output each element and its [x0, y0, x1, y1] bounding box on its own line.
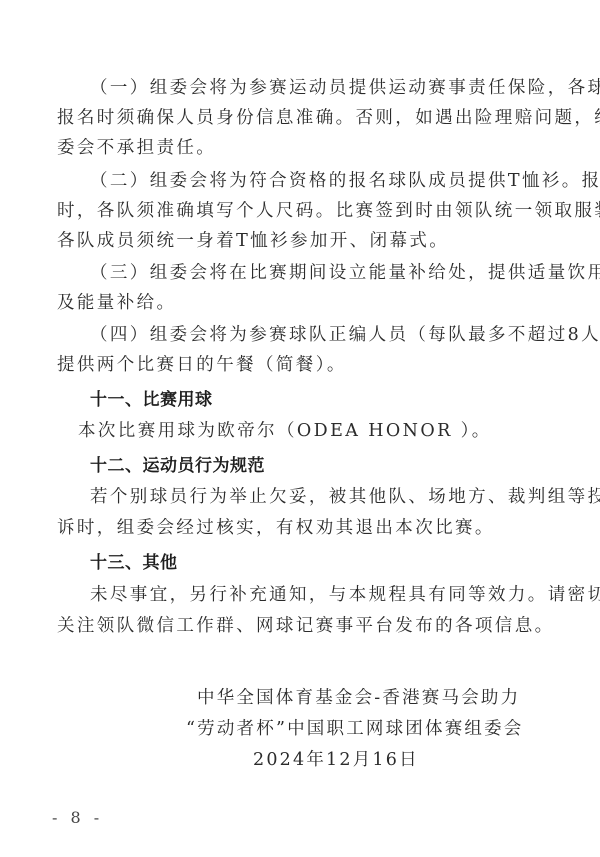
section-heading: 十三、其他	[90, 552, 178, 574]
paragraph-line: 各队成员须统一身着T恤衫参加开、闭幕式。	[57, 230, 533, 252]
signature-org-line-1: 中华全国体育基金会-香港赛马会助力	[197, 687, 520, 709]
section-text: 若个别球员行为举止欠妥，被其他队、场地方、裁判组等投	[90, 486, 533, 508]
paragraph-line: 及能量补给。	[57, 292, 533, 314]
document-page: （一）组委会将为参赛运动员提供运动赛事责任保险，各球队 报名时须确保人员身份信息…	[0, 0, 600, 857]
paragraph-line: （三）组委会将在比赛期间设立能量补给处，提供适量饮用水	[90, 262, 533, 284]
section-text: 关注领队微信工作群、网球记赛事平台发布的各项信息。	[57, 615, 533, 637]
signature-org-line-2: “劳动者杯”中国职工网球团体赛组委会	[186, 718, 524, 740]
section-heading: 十二、运动员行为规范	[90, 455, 265, 477]
section-text: 未尽事宜，另行补充通知，与本规程具有同等效力。请密切	[90, 584, 533, 606]
page-number: - 8 -	[52, 808, 103, 827]
section-heading: 十一、比赛用球	[90, 389, 213, 411]
paragraph-line: （一）组委会将为参赛运动员提供运动赛事责任保险，各球队	[90, 77, 533, 99]
section-text: 诉时，组委会经过核实，有权劝其退出本次比赛。	[57, 517, 533, 539]
paragraph-line: 报名时须确保人员身份信息准确。否则，如遇出险理赔问题，组	[57, 107, 533, 129]
paragraph-line: 委会不承担责任。	[57, 137, 533, 159]
section-text: 本次比赛用球为欧帝尔（ODEA HONOR ）。	[78, 420, 492, 442]
paragraph-line: 时，各队须准确填写个人尺码。比赛签到时由领队统一领取服装，	[57, 200, 533, 222]
paragraph-line: （四）组委会将为参赛球队正编人员（每队最多不超过8人）	[90, 324, 533, 346]
paragraph-line: 提供两个比赛日的午餐（简餐）。	[57, 354, 533, 376]
signature-date: 2024年12月16日	[253, 749, 419, 771]
paragraph-line: （二）组委会将为符合资格的报名球队成员提供T恤衫。报名	[90, 170, 533, 192]
